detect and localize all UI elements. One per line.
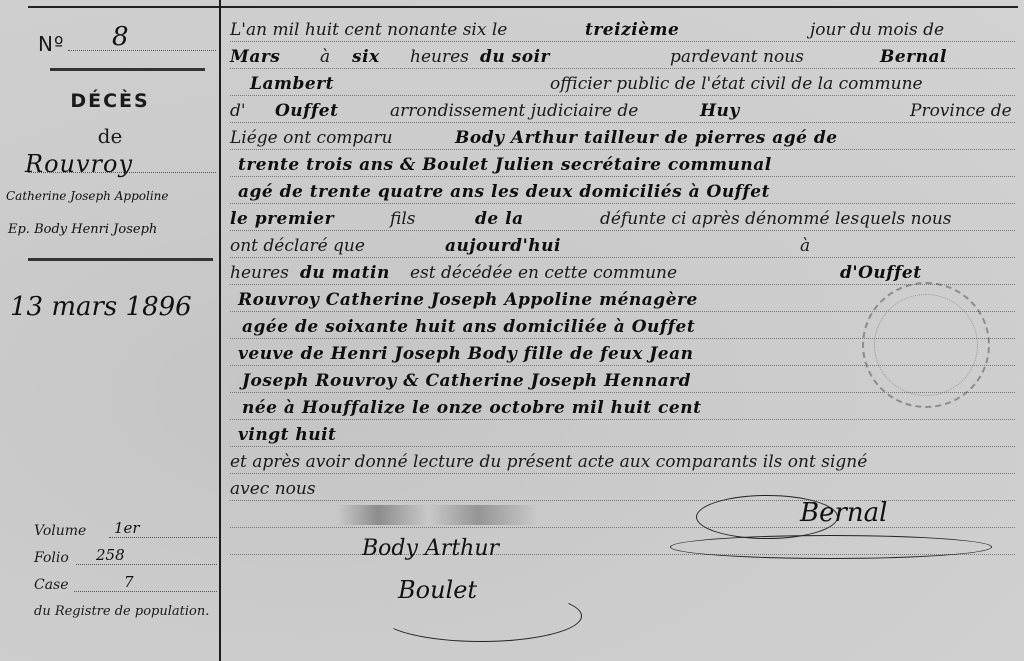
folio-label: Folio — [34, 550, 69, 566]
signature-flourish — [670, 535, 992, 559]
handwritten-text: veuve de Henri Joseph Body fille de feux… — [238, 344, 694, 364]
printed-text: L'an mil huit cent nonante six le — [230, 20, 507, 40]
dotted-line — [74, 591, 217, 592]
divider-rule — [50, 68, 205, 71]
body-line-8: le premier fils de la défunte ci après d… — [230, 207, 1015, 234]
body-line-17: et après avoir donné lecture du présent … — [230, 450, 1015, 477]
handwritten-text: née à Houffalize le onze octobre mil hui… — [242, 398, 701, 418]
printed-text: heures — [230, 263, 289, 283]
handwritten-text: Bernal — [880, 47, 947, 67]
signature-flourish — [696, 495, 838, 539]
printed-text: pardevant nous — [670, 47, 804, 67]
printed-text: ont déclaré que — [230, 236, 365, 256]
handwritten-text: d'Ouffet — [840, 263, 922, 283]
printed-text: et après avoir donné lecture du présent … — [230, 452, 867, 472]
register-case: Case 7 — [34, 577, 69, 593]
handwritten-text: agé de trente quatre ans les deux domici… — [238, 182, 770, 202]
deceased-given-names: Catherine Joseph Appoline — [6, 189, 169, 203]
divider-rule — [28, 258, 213, 261]
handwritten-text: Ouffet — [275, 101, 338, 121]
body-line-9: ont déclaré que aujourd'hui à — [230, 234, 1015, 261]
handwritten-text: vingt huit — [238, 425, 336, 445]
body-line-1: L'an mil huit cent nonante six le treizi… — [230, 18, 1015, 45]
body-line-18: avec nous — [230, 477, 1015, 504]
deceased-spouse: Ep. Body Henri Joseph — [8, 222, 157, 237]
official-seal-stamp — [862, 282, 990, 408]
printed-text: arrondissement judiciaire de — [390, 101, 638, 121]
printed-text: jour du mois de — [810, 20, 944, 40]
record-number-label: Nº — [38, 32, 64, 56]
printed-text: Province de — [910, 101, 1012, 121]
handwritten-text: Lambert — [250, 74, 334, 94]
printed-text: à — [800, 236, 810, 256]
printed-text: heures — [410, 47, 469, 67]
handwritten-text: trente trois ans & Boulet Julien secréta… — [238, 155, 772, 175]
body-line-2: Mars à six heures du soir pardevant nous… — [230, 45, 1015, 72]
handwritten-text: treizième — [585, 20, 679, 40]
handwritten-text: Huy — [700, 101, 740, 121]
case-value: 7 — [124, 573, 134, 591]
record-type-title: DÉCÈS — [0, 90, 220, 112]
handwritten-text: Joseph Rouvroy & Catherine Joseph Hennar… — [242, 371, 691, 391]
body-line-5: Liége ont comparu Body Arthur tailleur d… — [230, 126, 1015, 153]
printed-text: à — [320, 47, 330, 67]
body-line-4: d' Ouffet arrondissement judiciaire de H… — [230, 99, 1015, 126]
handwritten-text: Rouvroy Catherine Joseph Appoline ménagè… — [238, 290, 698, 310]
signature-flourish — [380, 590, 582, 642]
top-rule — [28, 6, 1018, 8]
signature-witness-1: Body Arthur — [362, 536, 499, 561]
printed-text: d' — [230, 101, 246, 121]
ink-smudge — [338, 505, 538, 525]
case-label: Case — [34, 577, 69, 593]
dotted-line — [109, 537, 217, 538]
register-footer: du Registre de population. — [34, 604, 209, 619]
dotted-line — [28, 172, 216, 173]
record-number-value: 8 — [112, 22, 129, 52]
deceased-surname: Rouvroy — [25, 150, 133, 178]
register-folio: Folio 258 — [34, 550, 69, 566]
printed-text: Liége ont comparu — [230, 128, 393, 148]
printed-text: fils — [390, 209, 416, 229]
handwritten-text: de la — [475, 209, 524, 229]
dotted-line — [68, 50, 216, 51]
handwritten-text: Mars — [230, 47, 280, 67]
volume-value: 1er — [114, 519, 140, 537]
dotted-line — [76, 564, 217, 565]
printed-text: avec nous — [230, 479, 316, 499]
record-date: 13 mars 1896 — [10, 292, 192, 322]
handwritten-text: aujourd'hui — [445, 236, 561, 256]
volume-label: Volume — [34, 523, 86, 539]
document-page: Nº 8 DÉCÈS de Rouvroy Catherine Joseph A… — [0, 0, 1024, 661]
body-line-3: Lambert officier public de l'état civil … — [230, 72, 1015, 99]
body-line-10: heures du matin est décédée en cette com… — [230, 261, 1015, 288]
folio-value: 258 — [96, 546, 125, 564]
handwritten-text: agée de soixante huit ans domiciliée à O… — [242, 317, 695, 337]
printed-text: est décédée en cette commune — [410, 263, 677, 283]
title-de: de — [0, 124, 220, 148]
printed-text: défunte ci après dénommé lesquels nous — [600, 209, 952, 229]
handwritten-text: le premier — [230, 209, 334, 229]
handwritten-text: du soir — [480, 47, 550, 67]
body-line-16: vingt huit — [230, 423, 1015, 450]
body-line-7: agé de trente quatre ans les deux domici… — [230, 180, 1015, 207]
body-line-6: trente trois ans & Boulet Julien secréta… — [230, 153, 1015, 180]
printed-text: officier public de l'état civil de la co… — [550, 74, 923, 94]
register-volume: Volume 1er — [34, 523, 86, 539]
handwritten-text: six — [352, 47, 380, 67]
handwritten-text: du matin — [300, 263, 390, 283]
handwritten-text: Body Arthur tailleur de pierres agé de — [455, 128, 838, 148]
